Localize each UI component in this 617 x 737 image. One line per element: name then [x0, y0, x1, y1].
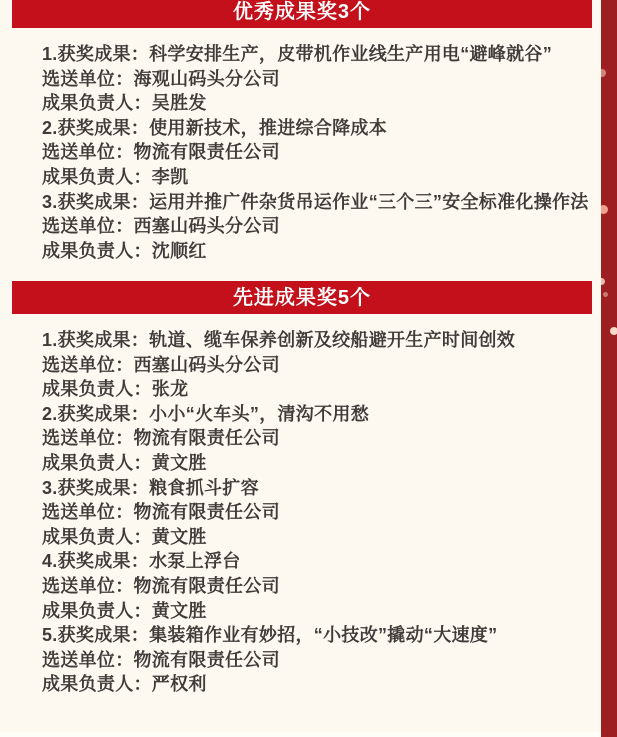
leader-line: 成果负责人：黄文胜: [42, 599, 515, 624]
unit-line: 选送单位：物流有限责任公司: [42, 574, 515, 599]
section-header-excellent-awards: 优秀成果奖3个: [12, 0, 592, 28]
result-line: 4.获奖成果：水泵上浮台: [42, 549, 515, 574]
result-line: 1.获奖成果：科学安排生产，皮带机作业线生产用电“避峰就谷”: [42, 42, 589, 67]
result-line: 2.获奖成果：使用新技术，推进综合降成本: [42, 116, 589, 141]
leader-line: 成果负责人：张龙: [42, 377, 515, 402]
section-header-label: 先进成果奖5个: [233, 288, 371, 308]
confetti-dot-icon: [601, 69, 606, 77]
result-line: 1.获奖成果：轨道、缆车保养创新及绞船避开生产时间创效: [42, 328, 515, 353]
result-line: 2.获奖成果：小小“火车头”，清沟不用愁: [42, 402, 515, 427]
confetti-dot-icon: [601, 205, 608, 214]
advanced-awards-list: 1.获奖成果：轨道、缆车保养创新及绞船避开生产时间创效 选送单位：西塞山码头分公…: [42, 328, 515, 697]
unit-line: 选送单位：物流有限责任公司: [42, 648, 515, 673]
unit-line: 选送单位：西塞山码头分公司: [42, 214, 589, 239]
bottom-edge: [0, 732, 601, 737]
excellent-awards-list: 1.获奖成果：科学安排生产，皮带机作业线生产用电“避峰就谷” 选送单位：海观山码…: [42, 42, 589, 263]
unit-line: 选送单位：海观山码头分公司: [42, 67, 589, 92]
leader-line: 成果负责人：吴胜发: [42, 91, 589, 116]
unit-line: 选送单位：物流有限责任公司: [42, 426, 515, 451]
confetti-dot-icon: [601, 278, 605, 285]
leader-line: 成果负责人：黄文胜: [42, 451, 515, 476]
section-header-label: 优秀成果奖3个: [233, 2, 371, 22]
section-header-advanced-awards: 先进成果奖5个: [12, 281, 592, 314]
result-line: 3.获奖成果：运用并推广件杂货吊运作业“三个三”安全标准化操作法: [42, 190, 589, 215]
unit-line: 选送单位：物流有限责任公司: [42, 140, 589, 165]
leader-line: 成果负责人：李凯: [42, 165, 589, 190]
article-page: 优秀成果奖3个 1.获奖成果：科学安排生产，皮带机作业线生产用电“避峰就谷” 选…: [0, 0, 617, 737]
unit-line: 选送单位：西塞山码头分公司: [42, 353, 515, 378]
confetti-dot-icon: [610, 327, 617, 335]
right-border-strip: [601, 0, 617, 737]
result-line: 5.获奖成果：集装箱作业有妙招，“小技改”撬动“大速度”: [42, 623, 515, 648]
leader-line: 成果负责人：黄文胜: [42, 525, 515, 550]
unit-line: 选送单位：物流有限责任公司: [42, 500, 515, 525]
leader-line: 成果负责人：严权利: [42, 672, 515, 697]
confetti-dot-icon: [603, 292, 608, 297]
result-line: 3.获奖成果：粮食抓斗扩容: [42, 476, 515, 501]
leader-line: 成果负责人：沈顺红: [42, 239, 589, 264]
